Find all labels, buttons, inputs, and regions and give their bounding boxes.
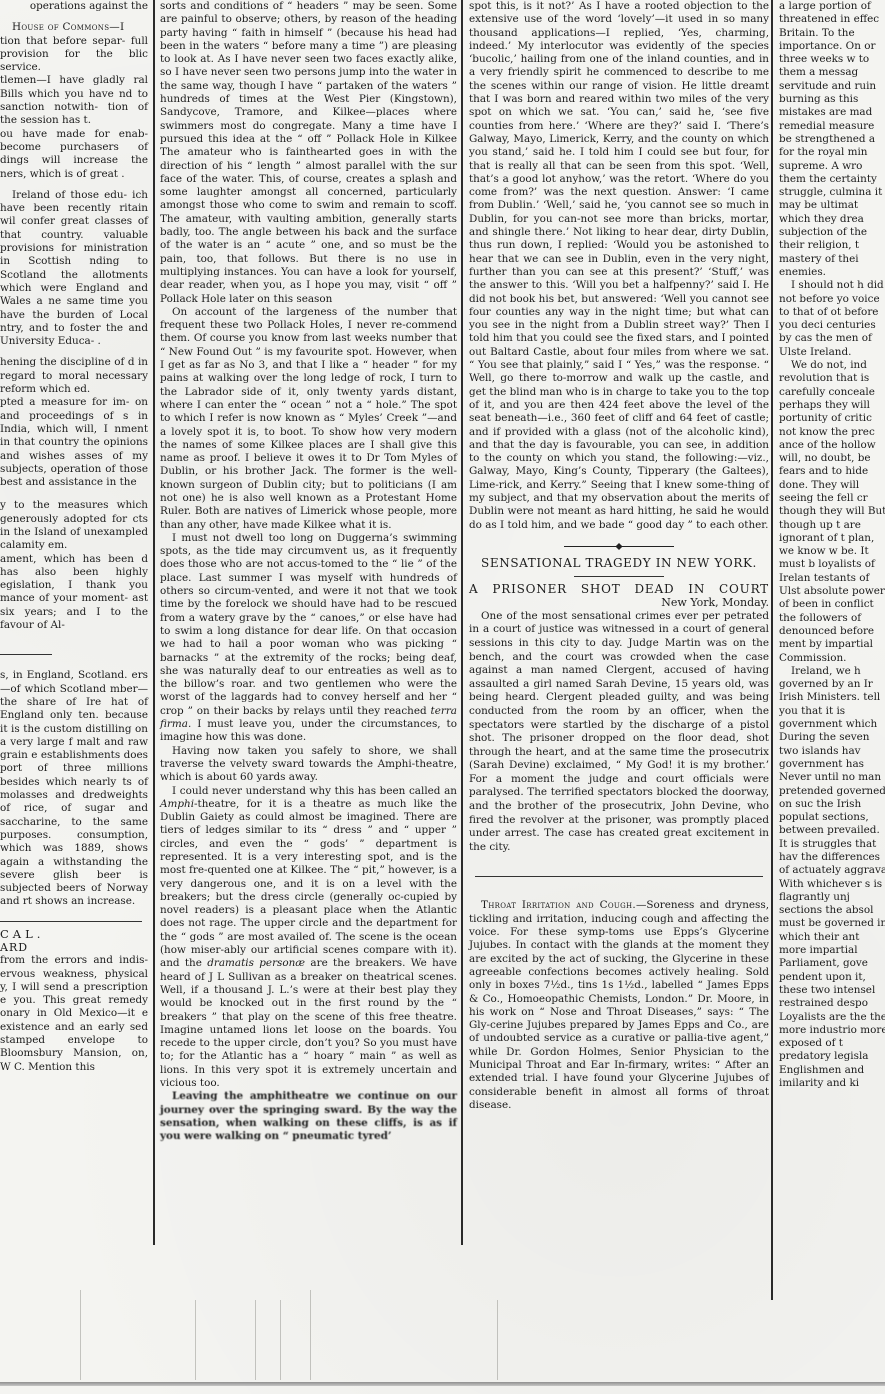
advert-paragraph: Throat Irritation and Cough.—Soreness an… (469, 899, 769, 1112)
section-divider (0, 921, 142, 922)
column-3: spot this, is it not?’ As I have a roote… (466, 0, 772, 1300)
section-divider (0, 654, 52, 655)
col4-paragraph: Ireland, we h governed by an Ir Irish Mi… (779, 665, 885, 1091)
dateline: New York, Monday. (469, 596, 769, 609)
col1-paragraph: tion that before separ- full provision f… (0, 35, 148, 75)
scan-artifact-line (310, 1290, 311, 1380)
column-2: sorts and conditions of “ headers ” may … (157, 0, 460, 1245)
italic-amphi: Amphi (160, 798, 194, 810)
col1-paragraph: ou have made for enab- become purchasers… (0, 128, 148, 181)
col2-text: are the breakers. We have heard of J L S… (160, 957, 457, 1089)
col1-paragraph: y to the measures which generously adopt… (0, 499, 148, 552)
col1-paragraph: Ireland of those edu- ich have been rece… (0, 189, 148, 349)
scan-artifact-line (195, 1300, 196, 1380)
page-edge-shadow (0, 1382, 885, 1386)
excise-paragraph: s, in England, Scotland. ers—of which Sc… (0, 669, 148, 908)
ornament-divider (564, 546, 674, 547)
column-rule (153, 0, 155, 1245)
col2-paragraph: I must not dwell too long on Duggerna’s … (160, 532, 457, 745)
col1-paragraph: pted a measure for im- on and proceeding… (0, 396, 148, 489)
col1-paragraph: tlemen—I have gladly ral Bills which you… (0, 74, 148, 127)
col1-paragraph: ament, which has been d has also been hi… (0, 553, 148, 633)
house-of-commons-heading: House of Commons—I (0, 21, 148, 34)
italic-dramatis-personae: dramatis personæ (207, 957, 305, 969)
col1-top-fragment: operations against the (0, 0, 148, 13)
scan-artifact-line (255, 1300, 256, 1380)
col2-text: I must not dwell too long on Duggerna’s … (160, 532, 457, 717)
scan-artifact-line (80, 1290, 81, 1380)
headline: SENSATIONAL TRAGEDY IN NEW YORK. (469, 557, 769, 570)
col2-paragraph: Leaving the amphitheatre we continue on … (160, 1090, 457, 1143)
col3-paragraph: spot this, is it not?’ As I have a roote… (469, 0, 769, 532)
col4-paragraph: a large portion of threatened in effec B… (779, 0, 885, 279)
col2-paragraph: sorts and conditions of “ headers ” may … (160, 0, 457, 306)
headline-rule (574, 576, 664, 577)
medical-heading: CAL. (0, 928, 148, 941)
col2-text: I must leave you, under the circumstance… (160, 718, 457, 743)
col4-paragraph: We do not, ind revolution that is carefu… (779, 359, 885, 665)
medical-paragraph: from the errors and indis- ervous weakne… (0, 954, 148, 1074)
column-1: operations against the House of Commons—… (0, 0, 152, 1215)
section-divider (475, 876, 763, 877)
news-article: One of the most sensational crimes ever … (469, 610, 769, 855)
scan-artifact-line (497, 1300, 498, 1380)
col2-paragraph: On account of the largeness of the numbe… (160, 306, 457, 532)
col4-paragraph: I should not h did not before yo voice t… (779, 279, 885, 359)
advert-title: Throat Irritation and Cough. (481, 899, 636, 911)
column-rule (461, 0, 463, 1245)
col2-text: -theatre, for it is a theatre as much li… (160, 798, 457, 970)
newspaper-page: operations against the House of Commons—… (0, 0, 885, 1394)
card-heading: ARD (0, 941, 148, 954)
col1-paragraph: hening the discipline of d in regard to … (0, 356, 148, 396)
column-rule (771, 0, 773, 1300)
scan-artifact-line (280, 1300, 281, 1380)
col2-paragraph: I could never understand why this has be… (160, 785, 457, 1091)
col2-text: I could never understand why this has be… (172, 785, 457, 797)
subheadline: A PRISONER SHOT DEAD IN COURT (469, 583, 769, 596)
advert-body: —Soreness and dryness, tickling and irri… (469, 899, 769, 1110)
column-4: a large portion of threatened in effec B… (776, 0, 885, 1300)
col2-paragraph: Having now taken you safely to shore, we… (160, 745, 457, 785)
